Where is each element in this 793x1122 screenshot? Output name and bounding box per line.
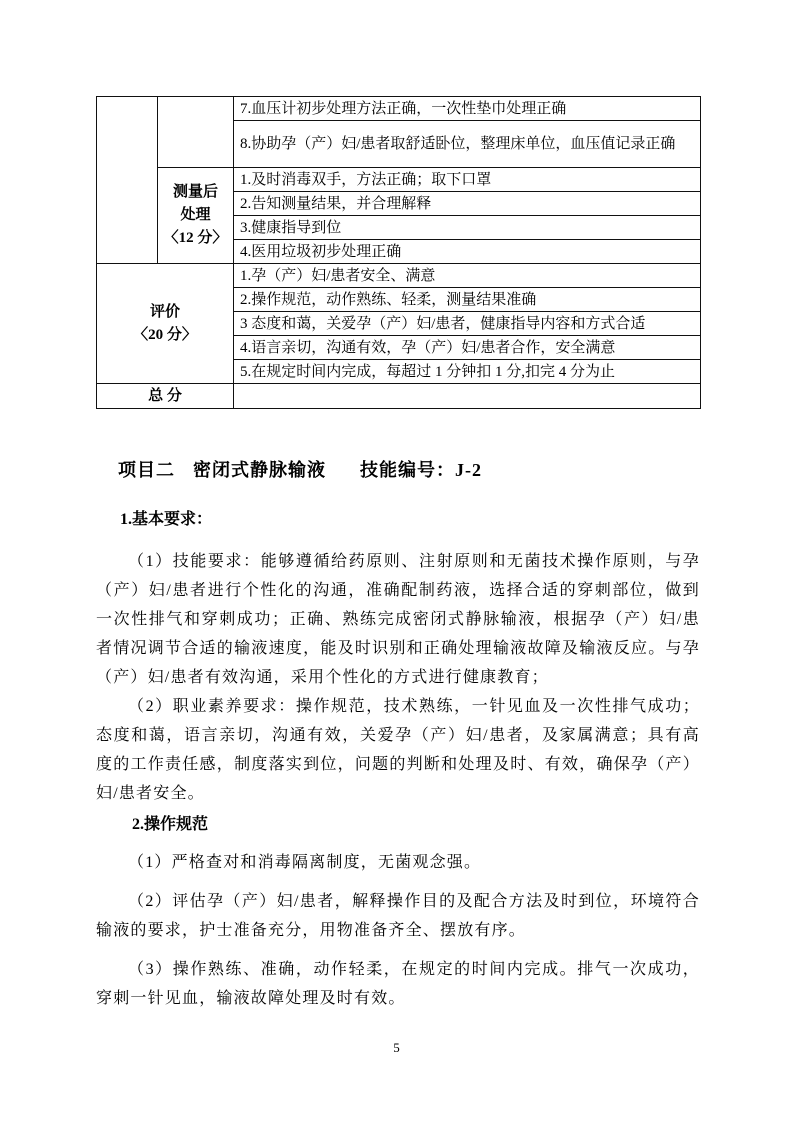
label-line: 处理: [158, 204, 233, 227]
criteria-item: 8.协助孕（产）妇/患者取舒适卧位，整理床单位，血压值记录正确: [234, 121, 701, 168]
section2-paragraph-1: （1）严格查对和消毒隔离制度，无菌观念强。: [96, 848, 700, 877]
section1-title: 1.基本要求：: [120, 509, 793, 531]
section2-title: 2.操作规范: [132, 812, 793, 838]
section2-paragraph-3: （3）操作熟练、准确，动作轻柔，在规定的时间内完成。排气一次成功，穿刺一针见血，…: [96, 955, 700, 1013]
project-number: 项目二: [118, 460, 175, 480]
empty-subcategory-cell: [158, 97, 234, 168]
assessment-score-table: 7.血压计初步处理方法正确，一次性垫巾处理正确 8.协助孕（产）妇/患者取舒适卧…: [96, 96, 701, 409]
criteria-item: 4.医用垃圾初步处理正确: [234, 240, 701, 264]
criteria-item: 1.孕（产）妇/患者安全、满意: [234, 264, 701, 288]
criteria-item: 2.操作规范，动作熟练、轻柔，测量结果准确: [234, 288, 701, 312]
criteria-item: 1.及时消毒双手，方法正确；取下口罩: [234, 168, 701, 192]
label-line: 评价: [97, 301, 233, 324]
section1-paragraph-1: （1）技能要求：能够遵循给药原则、注射原则和无菌技术操作原则，与孕（产）妇/患者…: [96, 547, 700, 692]
project-title: 密闭式静脉输液: [193, 460, 326, 480]
criteria-item: 4.语言亲切，沟通有效，孕（产）妇/患者合作，安全满意: [234, 336, 701, 360]
table-row: 7.血压计初步处理方法正确，一次性垫巾处理正确: [97, 97, 701, 121]
criteria-item: 5.在规定时间内完成，每超过 1 分钟扣 1 分,扣完 4 分为止: [234, 360, 701, 384]
table-row-total: 总 分: [97, 384, 701, 409]
evaluation-label-cell: 评价 〈20 分〉: [97, 264, 234, 384]
criteria-item: 7.血压计初步处理方法正确，一次性垫巾处理正确: [234, 97, 701, 121]
total-score-value-cell: [234, 384, 701, 409]
label-line: 〈12 分〉: [158, 227, 233, 250]
section2-paragraph-2: （2）评估孕（产）妇/患者，解释操作目的及配合方法及时到位，环境符合输液的要求，…: [96, 887, 700, 945]
skill-code: 技能编号：J-2: [360, 460, 482, 480]
project-heading: 项目二密闭式静脉输液技能编号：J-2: [118, 456, 793, 482]
criteria-item: 3.健康指导到位: [234, 216, 701, 240]
section1-paragraph-2: （2）职业素养要求：操作规范，技术熟练，一针见血及一次性排气成功；态度和蔼，语言…: [96, 692, 700, 808]
empty-category-cell: [97, 97, 158, 264]
label-line: 〈20 分〉: [97, 324, 233, 347]
total-score-label-cell: 总 分: [97, 384, 234, 409]
table-row: 测量后 处理 〈12 分〉 1.及时消毒双手，方法正确；取下口罩: [97, 168, 701, 192]
measure-after-label-cell: 测量后 处理 〈12 分〉: [158, 168, 234, 264]
label-line: 测量后: [158, 181, 233, 204]
criteria-item: 3 态度和蔼，关爱孕（产）妇/患者，健康指导内容和方式合适: [234, 312, 701, 336]
page-number: 5: [0, 1040, 793, 1056]
criteria-item: 2.告知测量结果，并合理解释: [234, 192, 701, 216]
table-row: 评价 〈20 分〉 1.孕（产）妇/患者安全、满意: [97, 264, 701, 288]
document-page: 7.血压计初步处理方法正确，一次性垫巾处理正确 8.协助孕（产）妇/患者取舒适卧…: [0, 0, 793, 1122]
